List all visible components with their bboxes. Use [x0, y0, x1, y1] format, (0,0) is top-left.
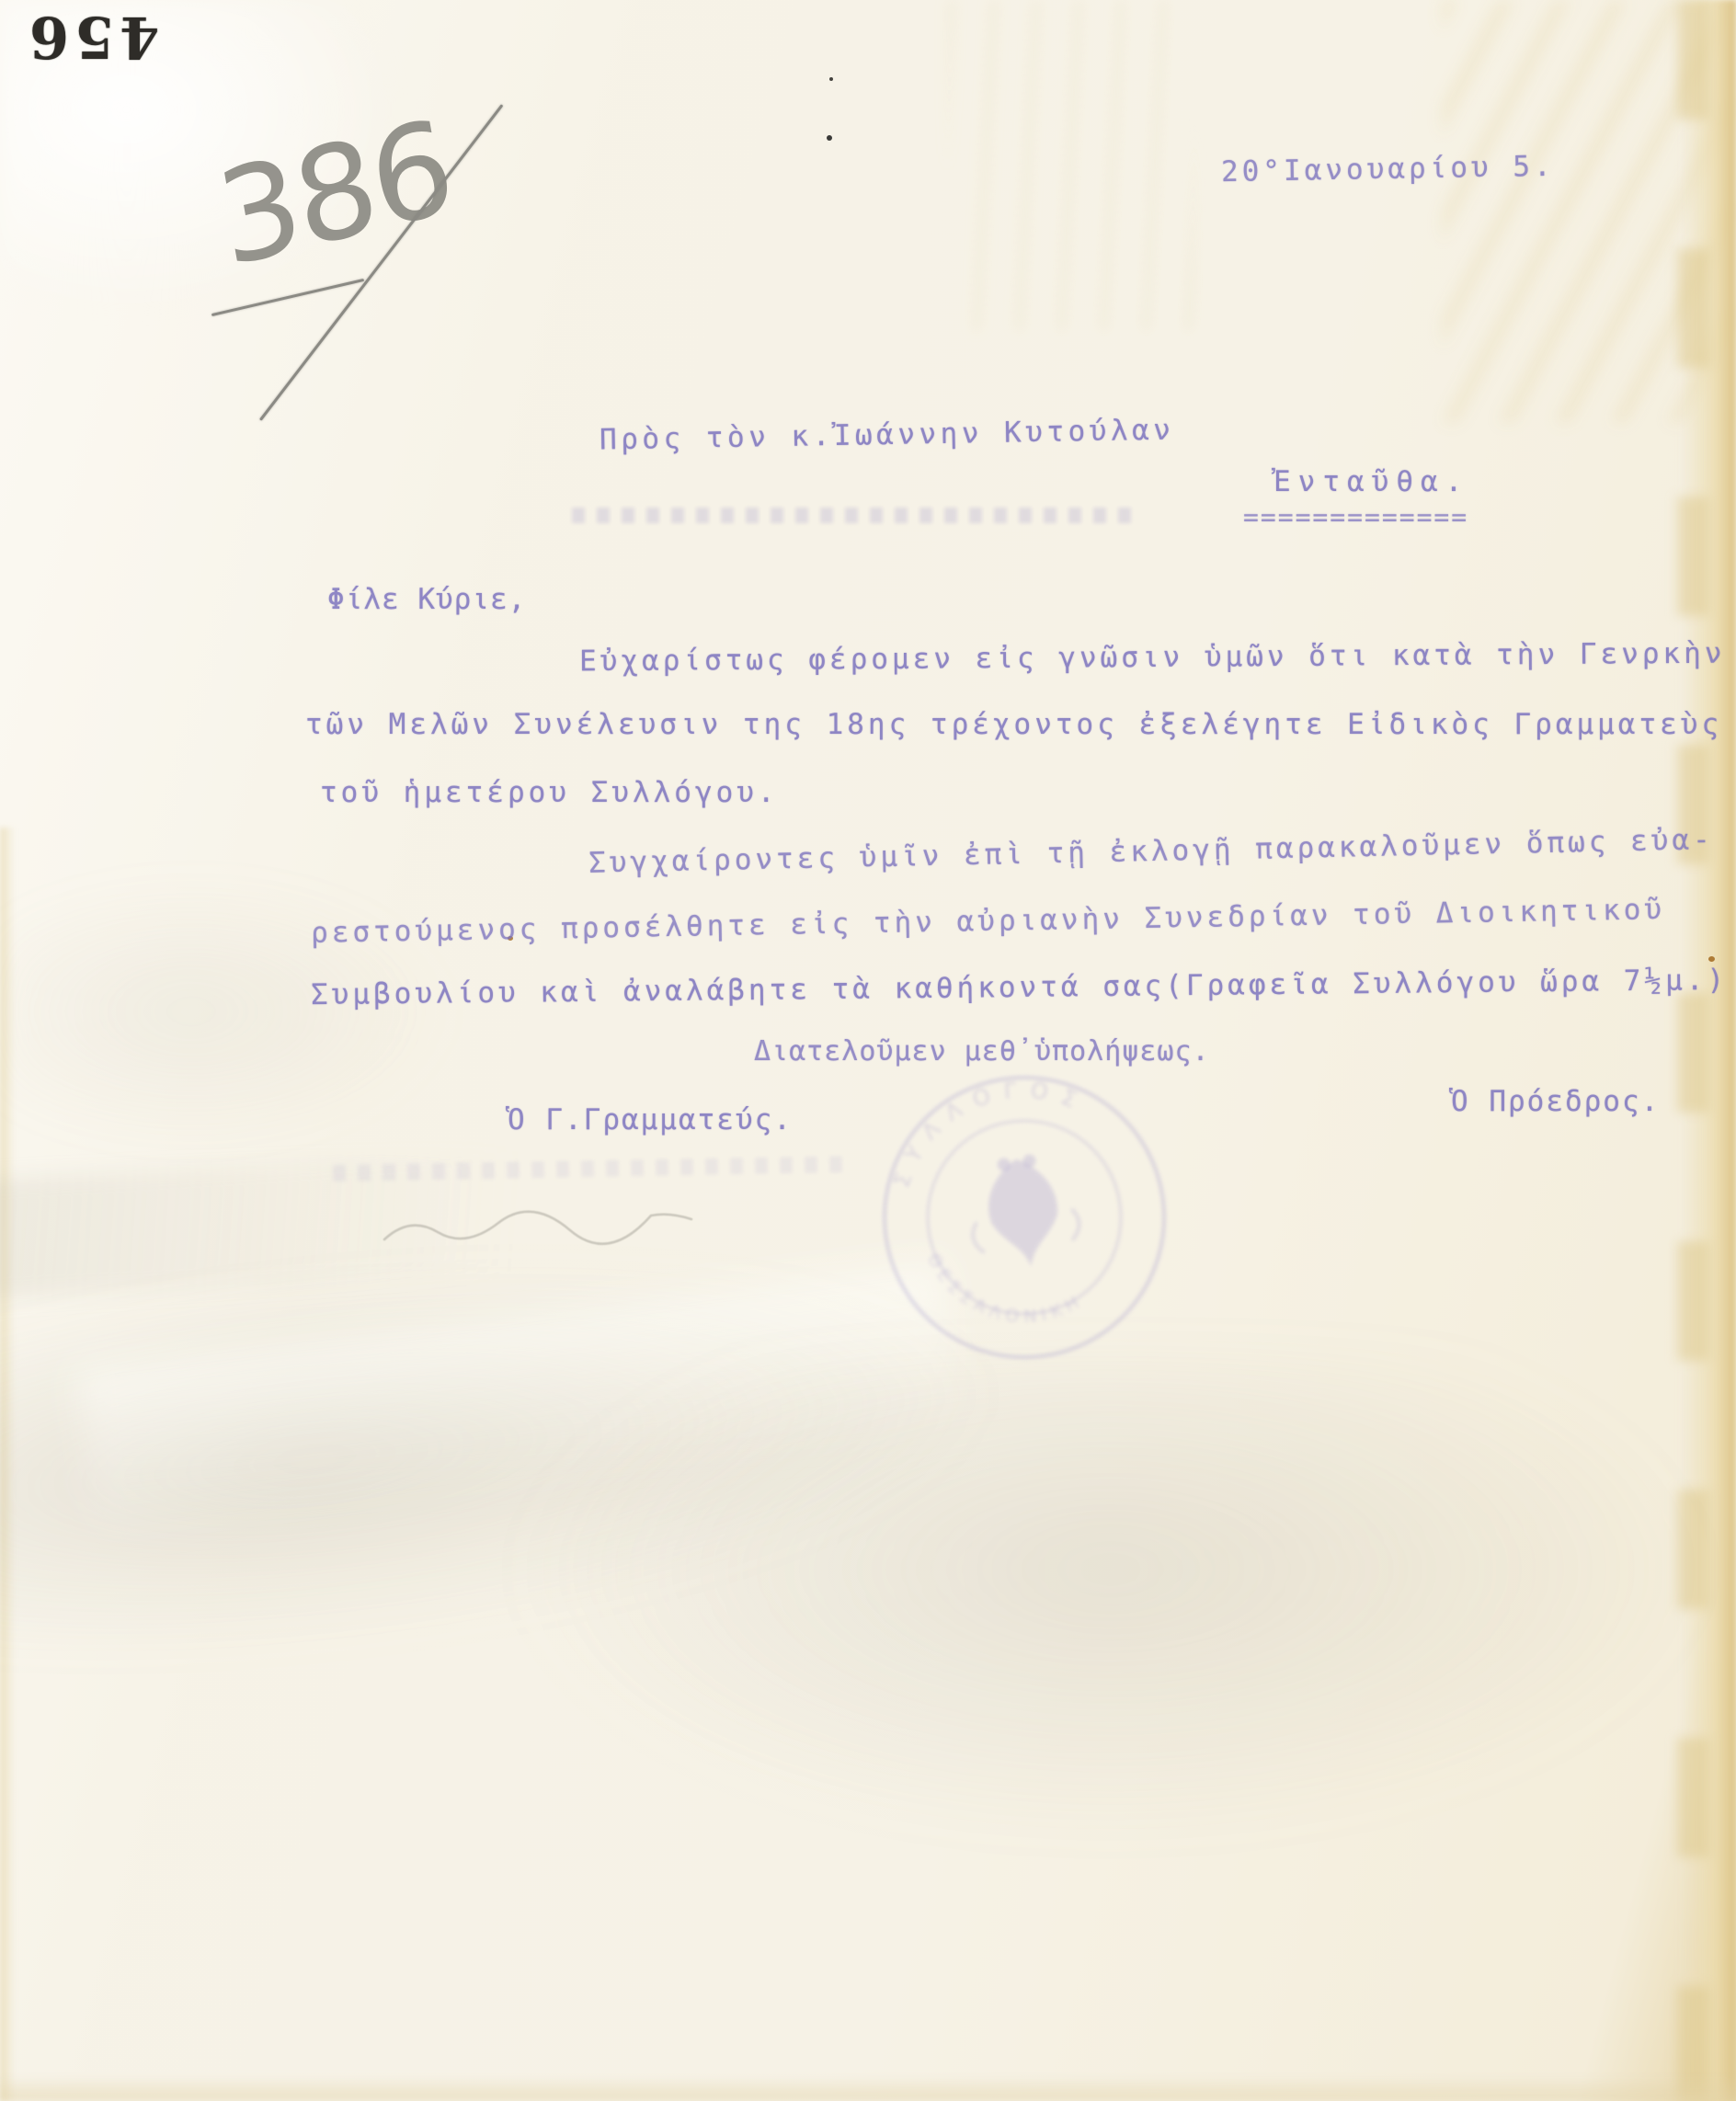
location-line: Ἐνταῦθα. [1273, 465, 1469, 498]
signature-title-president: Ὁ Πρόεδρος. [1451, 1085, 1660, 1118]
body-line: τοῦ ἡμετέρου Συλλόγου. [320, 776, 779, 809]
paper-fold-streaks-top [947, 0, 1195, 331]
letter-date: 20°Ιανουαρίου 5. [1221, 150, 1555, 188]
body-line: ρεστούμενος προσέλθητε εἰς τὴν αὐριανὴν … [311, 893, 1666, 950]
ink-speck [829, 77, 833, 81]
circular-stamp-icon: ΣΥΛΛΟΓΟΣ ΘΕΣΣΑΛΟΝΙΚΗ [846, 1039, 1204, 1397]
paper-right-edge-streaks [1677, 0, 1708, 2101]
body-line: Εὐχαρίστως φέρομεν εἰς γνῶσιν ὑμῶν ὅτι κ… [579, 637, 1726, 679]
body-line: Συγχαίροντες ὑμῖν ἐπὶ τῇ ἐκλογῇ παρακαλο… [588, 823, 1714, 880]
ink-speck [827, 135, 832, 141]
paper-wrinkle-highlight [75, 1262, 964, 1542]
body-line: τῶν Μελῶν Συνέλευσιν της 18ης τρέχοντος … [305, 708, 1722, 741]
paper-bottom-edge-shade [0, 2075, 1736, 2101]
paper-yellowed-right-edge [1681, 0, 1736, 2101]
pencil-squiggle-mark [383, 1206, 695, 1254]
paper-left-edge-shade [0, 828, 15, 2101]
signature-title-secretary: Ὁ Γ.Γραμματεύς. [508, 1103, 793, 1136]
salutation: Φίλε Κύριε, [327, 583, 526, 616]
body-line: Συμβουλίου καὶ ἀναλάβητε τὰ καθήκοντά σα… [311, 964, 1728, 1011]
handwritten-archive-number: 386 [208, 92, 462, 297]
paper-wrinkle-shadow-left [0, 864, 478, 1159]
scanned-letter-page: 456 386 20°Ιανουαρίου 5. Πρὸς τὸν κ.Ἰωάν… [0, 0, 1736, 2101]
paper-crumple-top-right [1442, 0, 1736, 423]
ink-offset-ghost-line [333, 1156, 848, 1182]
rust-speck [1708, 956, 1715, 962]
ink-offset-ghost-line [572, 508, 1142, 523]
printed-page-number-inverted: 456 [24, 4, 159, 71]
stamp-arc-text-bottom: ΘΕΣΣΑΛΟΝΙΚΗ [922, 1231, 1090, 1341]
paper-wrinkle-shadow-b [515, 1361, 1736, 1857]
stamp-emblem [982, 1154, 1065, 1271]
recipient-line: Πρὸς τὸν κ.Ἰωάννην Κυτούλαν [600, 414, 1175, 457]
location-underline: ============= [1243, 502, 1468, 532]
svg-text:ΘΕΣΣΑΛΟΝΙΚΗ: ΘΕΣΣΑΛΟΝΙΚΗ [922, 1231, 1090, 1341]
